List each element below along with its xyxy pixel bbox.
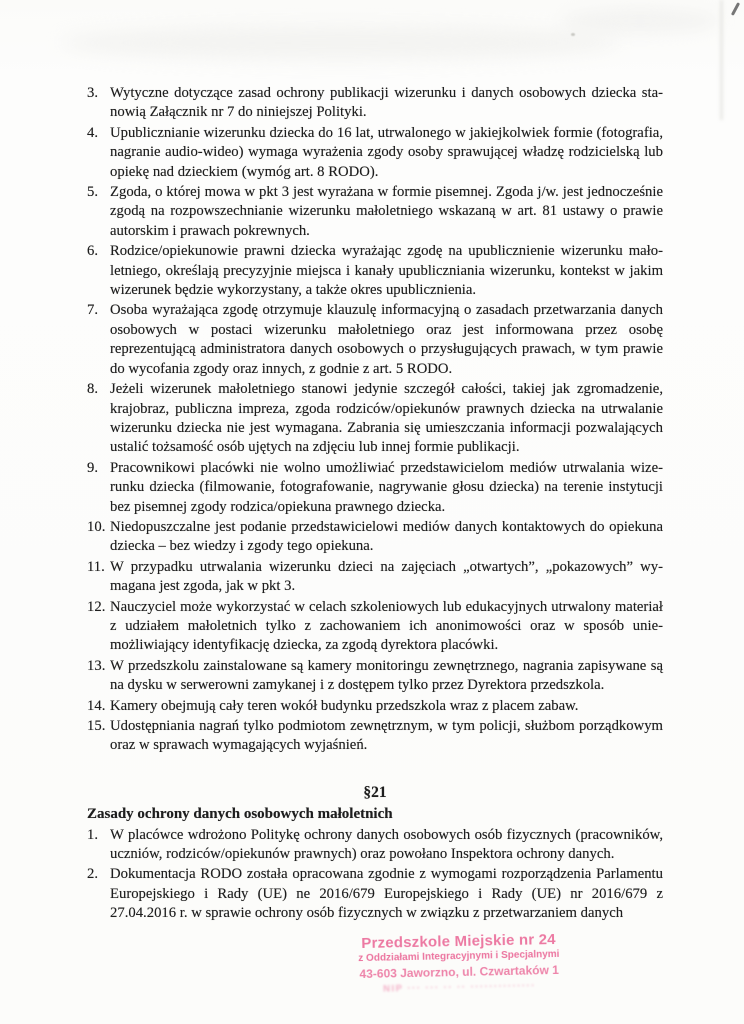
item-number: 4. [87,124,110,182]
item-text: W placówce wdrożono Politykę ochrony dan… [110,826,663,865]
list-item-7: 7. Osoba wyrażająca zgodę otrzymuje klau… [87,301,663,379]
section-item-1: 1. W placówce wdrożono Politykę ochrony … [87,826,663,865]
list-item-15: 15. Udostępniania nagrań tylko podmiotom… [87,717,663,756]
item-text: Zgoda, o której mowa w pkt 3 jest wyraża… [110,183,663,241]
item-text: Udostępniania nagrań tylko podmiotom zew… [110,717,663,756]
item-number: 5. [87,183,110,241]
item-number: 2. [87,865,110,923]
item-text: Nauczyciel może wykorzystać w celach szk… [110,598,663,656]
institution-stamp: Przedszkole Miejskie nr 24 z Oddziałami … [327,930,590,995]
document-page: 3. Wytyczne dotyczące zasad ochrony publ… [0,0,744,1024]
item-text: Pracownikowi placówki nie wolno umożliwi… [110,459,663,517]
list-item-3: 3. Wytyczne dotyczące zasad ochrony publ… [87,84,663,123]
item-text: Dokumentacja RODO została opracowana zgo… [110,865,663,923]
item-text: Wytyczne dotyczące zasad ochrony publika… [110,84,663,123]
scan-edge-line [720,0,723,120]
stamp-address: 43-603 Jaworzno, ul. Czwartaków 1 [328,962,590,981]
stamp-illegible-line: NIP ··· ··· ·· ·· ·············· [328,979,590,995]
list-item-6: 6. Rodzice/opiekunowie prawni dziecka wy… [87,242,663,300]
item-number: 8. [87,380,110,458]
item-number: 9. [87,459,110,517]
list-item-4: 4. Upublicznianie wizerunku dziecka do 1… [87,124,663,182]
item-number: 13. [87,657,110,696]
list-item-14: 14. Kamery obejmują cały teren wokół bud… [87,697,663,716]
item-text: W przedszkolu zainstalowane są kamery mo… [110,657,663,696]
item-number: 6. [87,242,110,300]
document-text: 3. Wytyczne dotyczące zasad ochrony publ… [87,84,663,925]
item-text: Jeżeli wizerunek małoletniego stanowi je… [110,380,663,458]
list-item-11: 11. W przypadku utrwalania wizerunku dzi… [87,558,663,597]
item-number: 1. [87,826,110,865]
item-number: 15. [87,717,110,756]
scan-smudge-top [60,26,620,60]
item-text: Rodzice/opiekunowie prawni dziecka wyraż… [110,242,663,300]
list-item-10: 10. Niedopuszczalne jest podanie przedst… [87,518,663,557]
list-item-8: 8. Jeżeli wizerunek małoletniego stanowi… [87,380,663,458]
item-text: Kamery obejmują cały teren wokół budynku… [110,697,663,716]
item-number: 11. [87,558,110,597]
scan-corner-mark [731,2,740,16]
section-item-2: 2. Dokumentacja RODO została opracowana … [87,865,663,923]
section-heading: Zasady ochrony danych osobowych małoletn… [87,805,663,824]
list-item-13: 13. W przedszkolu zainstalowane są kamer… [87,657,663,696]
item-text: Upublicznianie wizerunku dziecka do 16 l… [110,124,663,182]
scan-dot-artifact [571,33,575,36]
list-item-9: 9. Pracownikowi placówki nie wolno umożl… [87,459,663,517]
item-text: W przypadku utrwalania wizerunku dzieci … [110,558,663,597]
section-symbol: §21 [87,783,663,802]
list-item-12: 12. Nauczyciel może wykorzystać w celach… [87,598,663,656]
item-number: 12. [87,598,110,656]
scan-smudge-top-right [560,8,720,34]
item-number: 14. [87,697,110,716]
item-text: Niedopuszczalne jest podanie przedstawic… [110,518,663,557]
item-number: 7. [87,301,110,379]
item-number: 10. [87,518,110,557]
list-item-5: 5. Zgoda, o której mowa w pkt 3 jest wyr… [87,183,663,241]
item-number: 3. [87,84,110,123]
item-text: Osoba wyrażająca zgodę otrzymuje klauzul… [110,301,663,379]
